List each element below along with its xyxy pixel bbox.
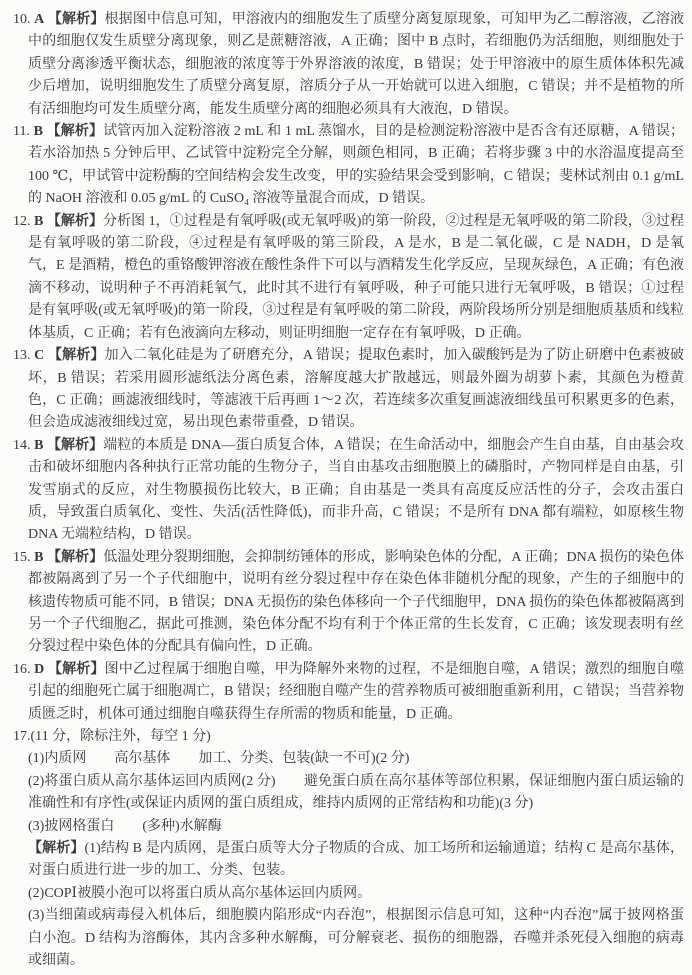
answer-letter: B xyxy=(34,124,43,139)
analysis-line-1: 【解析】(1)结构 B 是内质网，是蛋白质等大分子物质的合成、加工场所和运输通道… xyxy=(28,838,684,883)
analysis-text: 根据图中信息可知，甲溶液内的细胞发生了质壁分离复原现象，可知甲为乙二醇溶液，乙溶… xyxy=(28,12,684,117)
analysis-tag: 【解析】 xyxy=(28,841,84,856)
answer-item-12: 12. B 【解析】分析图 1，①过程是有氧呼吸(或无氧呼吸)的第一阶段，②过程… xyxy=(13,211,684,345)
question-number: 11. xyxy=(13,124,30,139)
analysis-tag: 【解析】 xyxy=(47,550,103,565)
answer-item-11: 11. B 【解析】试管丙加入淀粉溶液 2 mL 和 1 mL 蒸馏水，目的是检… xyxy=(13,121,684,211)
question-number: 16. xyxy=(13,662,31,677)
analysis-text: 低温处理分裂期细胞，会抑制纺锤体的形成，影响染色体的分配，A 正确；DNA 损伤… xyxy=(28,550,684,655)
analysis-text: 分析图 1，①过程是有氧呼吸(或无氧呼吸)的第一阶段，②过程是无氧呼吸的第二阶段… xyxy=(28,214,684,341)
analysis-text: 图中乙过程属于细胞自噬，甲为降解外来物的过程，不是细胞自噬，A 错误；激烈的细胞… xyxy=(28,662,684,722)
answer-item-15: 15. B 【解析】低温处理分裂期细胞，会抑制纺锤体的形成，影响染色体的分配，A… xyxy=(13,547,684,659)
answer-letter: D xyxy=(34,662,44,677)
question-number: 14. xyxy=(13,438,31,453)
analysis-text: 试管丙加入淀粉溶液 2 mL 和 1 mL 蒸馏水，目的是检测淀粉溶液中是否含有… xyxy=(28,124,684,206)
question-number: 12. xyxy=(13,214,31,229)
question-number: 10. xyxy=(13,12,31,27)
question-number: 13. xyxy=(13,348,31,363)
answer-letter: A xyxy=(34,12,44,27)
analysis-tag: 【解析】 xyxy=(48,12,105,27)
analysis-tag: 【解析】 xyxy=(48,348,105,363)
answer-line-3: (3)披网格蛋白 (多种)水解酶 xyxy=(28,816,684,838)
question-number: 17. xyxy=(13,729,31,744)
answer-item-17: 17.(11 分，除标注外，每空 1 分) (1)内质网 高尔基体 加工、分类、… xyxy=(13,726,684,972)
analysis-line-2: (2)COPⅠ被膜小泡可以将蛋白质从高尔基体运回内质网。 xyxy=(28,883,684,905)
answer-item-13: 13. C 【解析】加入二氧化硅是为了研磨充分，A 错误；提取色素时，加入碳酸钙… xyxy=(13,345,684,435)
answer-letter: B xyxy=(34,214,43,229)
answer-letter: C xyxy=(34,348,44,363)
analysis-tag: 【解析】 xyxy=(48,662,105,677)
answer-letter: B xyxy=(34,438,43,453)
analysis-line-3: (3)当细菌或病毒侵入机体后，细胞膜内陷形成“内吞泡”，根据图示信息可知，这种“… xyxy=(28,905,684,972)
analysis-tag: 【解析】 xyxy=(47,438,103,453)
answer-line-2: (2)将蛋白质从高尔基体运回内质网(2 分) 避免蛋白质在高尔基体等部位积累，保… xyxy=(28,771,684,816)
answer-letter: B xyxy=(34,550,43,565)
analysis-text: (1)结构 B 是内质网，是蛋白质等大分子物质的合成、加工场所和运输通道；结构 … xyxy=(28,841,684,878)
answer-line-1: (1)内质网 高尔基体 加工、分类、包装(缺一不可)(2 分) xyxy=(28,748,684,770)
answer-item-10: 10. A 【解析】根据图中信息可知，甲溶液内的细胞发生了质壁分离复原现象，可知… xyxy=(13,9,684,121)
answer-item-16: 16. D 【解析】图中乙过程属于细胞自噬，甲为降解外来物的过程，不是细胞自噬，… xyxy=(13,659,684,726)
answer-item-14: 14. B 【解析】端粒的本质是 DNA—蛋白质复合体，A 错误；在生命活动中，… xyxy=(13,435,684,547)
scoring-note: (11 分，除标注外，每空 1 分) xyxy=(31,729,211,744)
analysis-tag: 【解析】 xyxy=(47,214,103,229)
analysis-tag: 【解析】 xyxy=(47,124,104,139)
analysis-text: 加入二氧化硅是为了研磨充分，A 错误；提取色素时，加入碳酸钙是为了防止研磨中色素… xyxy=(28,348,684,430)
question-17-header: 17.(11 分，除标注外，每空 1 分) xyxy=(13,726,684,748)
question-number: 15. xyxy=(13,550,31,565)
analysis-text: 端粒的本质是 DNA—蛋白质复合体，A 错误；在生命活动中，细胞会产生自由基，自… xyxy=(28,438,684,543)
answer-key-page: 10. A 【解析】根据图中信息可知，甲溶液内的细胞发生了质壁分离复原现象，可知… xyxy=(13,9,684,972)
